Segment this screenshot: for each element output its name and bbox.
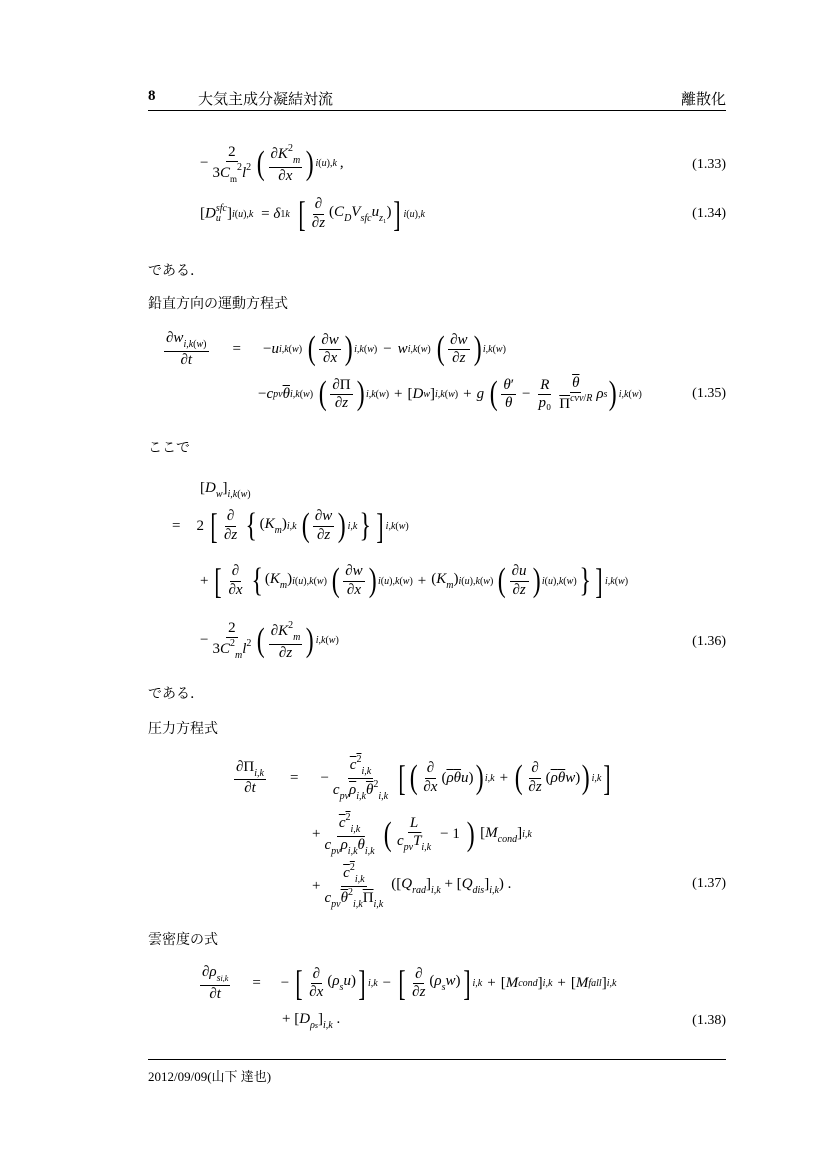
equation-number-1-33: (1.33)	[692, 157, 726, 173]
heading-pressure-equation: 圧力方程式	[148, 718, 218, 738]
page-number: 8	[148, 88, 156, 105]
equation-1-38-line-1: ∂ρsi,k∂t = − [ ∂∂x (ρsu) ] i,k − [ ∂∂z (…	[198, 964, 616, 1003]
heading-vertical-momentum: 鉛直方向の運動方程式	[148, 293, 288, 313]
equation-number-1-34: (1.34)	[692, 206, 726, 222]
equation-number-1-35: (1.35)	[692, 386, 726, 402]
heading-cloud-density: 雲密度の式	[148, 929, 218, 949]
equation-1-36-line-1: = 2 [ ∂∂z { (Km)i,k ( ∂w∂z ) i,k } ] i,k…	[172, 508, 409, 544]
text-dearu-2: である.	[148, 683, 194, 703]
equation-number-1-37: (1.37)	[692, 876, 726, 892]
text-kokode: ここで	[148, 437, 190, 457]
text-dearu-1: である.	[148, 260, 194, 280]
section-title: 離散化	[681, 88, 726, 109]
footer-rule	[148, 1059, 726, 1060]
equation-1-35-line-2: −cpvθi,k(w) ( ∂Π∂z ) i,k(w) +[Dw]i,k(w) …	[258, 375, 642, 414]
equation-1-36-line-3: − 23C2ml2 ( ∂K2m∂z ) i,k(w)	[200, 620, 339, 662]
page-header: 8 大気主成分凝結対流 離散化	[148, 88, 726, 111]
equation-1-36-line-2: + [ ∂∂x { (Km)i(u),k(w) ( ∂w∂x ) i(u),k(…	[200, 563, 628, 599]
footer-text: 2012/09/09(山下 達也)	[148, 1066, 271, 1085]
equation-1-36-lhs: [Dw]i,k(w)	[200, 480, 251, 500]
equation-1-35-line-1: ∂wi,k(w)∂t = −ui,k(w) ( ∂w∂x ) i,k(w) −w…	[162, 330, 506, 369]
equation-1-34: [Dsfcu] i(u),k = δ1k [ ∂∂z (CDVsfcuz₁) ]…	[200, 196, 425, 232]
equation-1-37-line-1: ∂Πi,k∂t = − c2i,kcpvρi,kθ2i,k [ ( ∂∂x (ρ…	[232, 754, 613, 802]
equation-1-33: − 23Cm2l2 ( ∂K2m∂x ) i(u),k ,	[200, 143, 344, 185]
running-title: 大気主成分凝結対流	[198, 88, 333, 109]
equation-1-37-line-3: + c2i,kcpvθ2i,kΠi,k ([Qrad]i,k + [Qdis]i…	[312, 862, 511, 910]
equation-1-37-line-2: + c2i,kcpvρi,kθi,k ( LcpvTi,k − 1 ) [Mco…	[312, 812, 532, 857]
equation-1-38-line-2: + [Dρs]i,k .	[282, 1011, 340, 1031]
equation-number-1-36: (1.36)	[692, 634, 726, 650]
equation-number-1-38: (1.38)	[692, 1013, 726, 1029]
